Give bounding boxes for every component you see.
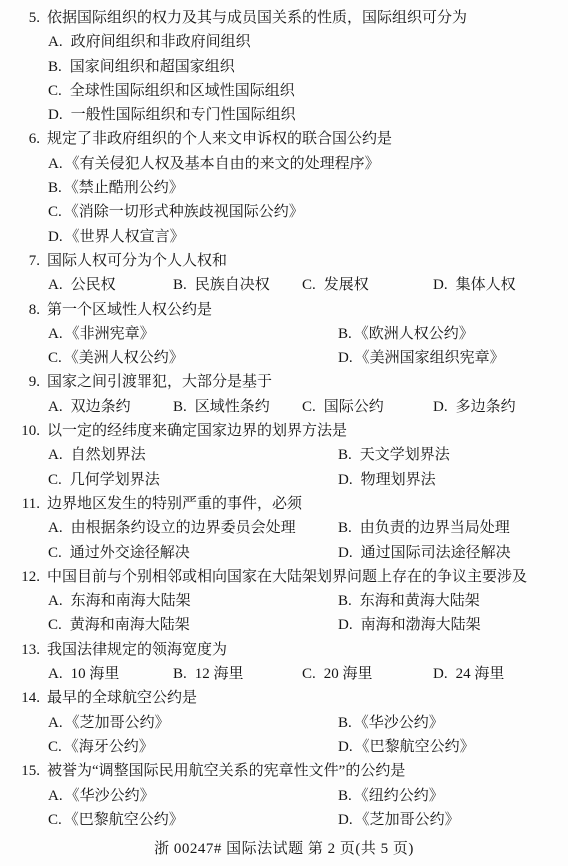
question-line: 14.最早的全球航空公约是 xyxy=(0,686,568,710)
question-block: 14.最早的全球航空公约是A.《芝加哥公约》B.《华沙公约》C.《海牙公约》D.… xyxy=(0,686,568,759)
option-label: B. xyxy=(338,322,352,346)
option-label: B. xyxy=(338,784,352,808)
question-block: 15.被誉为“调整国际民用航空关系的宪章性文件”的公约是A.《华沙公约》B.《纽… xyxy=(0,759,568,832)
option: B.《欧洲人权公约》 xyxy=(338,322,474,346)
option: C.20 海里 xyxy=(302,662,373,686)
option-text: 发展权 xyxy=(324,277,369,293)
option-row: A.公民权B.民族自决权C.发展权D.集体人权 xyxy=(0,273,568,297)
option: A.《有关侵犯人权及基本自由的来文的处理程序》 xyxy=(48,152,380,176)
option-label: C. xyxy=(48,735,62,759)
option-row: C.《美洲人权公约》D.《美洲国家组织宪章》 xyxy=(0,346,568,370)
option-label: A. xyxy=(48,322,63,346)
question-text: 规定了非政府组织的个人来文申诉权的联合国公约是 xyxy=(47,131,392,147)
option-label: B. xyxy=(338,711,352,735)
option-label: B. xyxy=(338,443,352,467)
option-label: D. xyxy=(338,735,353,759)
option-row: D.《世界人权宣言》 xyxy=(0,225,568,249)
question-number: 7. xyxy=(0,249,40,273)
option-label: D. xyxy=(433,395,448,419)
option-label: D. xyxy=(338,541,353,565)
option-label: D. xyxy=(48,103,63,127)
option-label: D. xyxy=(338,346,353,370)
option-label: D. xyxy=(48,225,63,249)
question-block: 13.我国法律规定的领海宽度为A.10 海里B.12 海里C.20 海里D.24… xyxy=(0,638,568,687)
option: A.《芝加哥公约》 xyxy=(48,711,170,735)
option-label: B. xyxy=(338,589,352,613)
question-text: 我国法律规定的领海宽度为 xyxy=(47,642,227,658)
option-text: 《巴黎航空公约》 xyxy=(355,739,475,755)
option-label: C. xyxy=(48,79,62,103)
option: D.《芝加哥公约》 xyxy=(338,808,460,832)
option-text: 《有关侵犯人权及基本自由的来文的处理程序》 xyxy=(65,156,380,172)
option-text: 《芝加哥公约》 xyxy=(65,715,170,731)
question-text: 依据国际组织的权力及其与成员国关系的性质，国际组织可分为 xyxy=(47,10,467,26)
option-row: A.《华沙公约》B.《纽约公约》 xyxy=(0,784,568,808)
option: D.集体人权 xyxy=(433,273,516,297)
option: A.自然划界法 xyxy=(48,443,146,467)
question-number: 11. xyxy=(0,492,40,516)
option: B.东海和黄海大陆架 xyxy=(338,589,480,613)
question-text: 边界地区发生的特别严重的事件，必须 xyxy=(47,496,302,512)
option-row: A.《芝加哥公约》B.《华沙公约》 xyxy=(0,711,568,735)
option-label: A. xyxy=(48,152,63,176)
option-label: A. xyxy=(48,589,63,613)
option-text: 全球性国际组织和区域性国际组织 xyxy=(70,83,295,99)
option-label: A. xyxy=(48,516,63,540)
option: C.黄海和南海大陆架 xyxy=(48,613,190,637)
option: C.发展权 xyxy=(302,273,369,297)
option-label: B. xyxy=(48,176,62,200)
option-label: C. xyxy=(48,541,62,565)
option: D.一般性国际组织和专门性国际组织 xyxy=(48,103,296,127)
question-line: 15.被誉为“调整国际民用航空关系的宪章性文件”的公约是 xyxy=(0,759,568,783)
option: C.国际公约 xyxy=(302,395,384,419)
option-label: D. xyxy=(433,662,448,686)
question-block: 9.国家之间引渡罪犯，大部分是基于A.双边条约B.区域性条约C.国际公约D.多边… xyxy=(0,370,568,419)
option-text: 《欧洲人权公约》 xyxy=(354,326,474,342)
option: B.民族自决权 xyxy=(173,273,270,297)
question-number: 10. xyxy=(0,419,40,443)
question-block: 7.国际人权可分为个人人权和A.公民权B.民族自决权C.发展权D.集体人权 xyxy=(0,249,568,298)
option: C.《消除一切形式种族歧视国际公约》 xyxy=(48,200,304,224)
option-label: A. xyxy=(48,711,63,735)
option-text: 自然划界法 xyxy=(71,447,146,463)
question-line: 6.规定了非政府组织的个人来文申诉权的联合国公约是 xyxy=(0,127,568,151)
option: B.区域性条约 xyxy=(173,395,270,419)
question-line: 12.中国目前与个别相邻或相向国家在大陆架划界问题上存在的争议主要涉及 xyxy=(0,565,568,589)
option-label: C. xyxy=(48,346,62,370)
question-text: 第一个区域性人权公约是 xyxy=(47,302,212,318)
option-text: 《禁止酷刑公约》 xyxy=(64,180,184,196)
option-row: D.一般性国际组织和专门性国际组织 xyxy=(0,103,568,127)
option-label: A. xyxy=(48,784,63,808)
option-row: C.几何学划界法D.物理划界法 xyxy=(0,468,568,492)
option: D.通过国际司法途径解决 xyxy=(338,541,511,565)
option: A.公民权 xyxy=(48,273,116,297)
option-row: B.国家间组织和超国家组织 xyxy=(0,55,568,79)
exam-page: 5.依据国际组织的权力及其与成员国关系的性质，国际组织可分为A.政府间组织和非政… xyxy=(0,0,568,866)
option-text: 由负责的边界当局处理 xyxy=(360,520,510,536)
option: C.《美洲人权公约》 xyxy=(48,346,184,370)
option-row: A.由根据条约设立的边界委员会处理B.由负责的边界当局处理 xyxy=(0,516,568,540)
question-text: 被誉为“调整国际民用航空关系的宪章性文件”的公约是 xyxy=(47,763,405,779)
option-label: B. xyxy=(173,273,187,297)
option: B.12 海里 xyxy=(173,662,244,686)
option-text: 《非洲宪章》 xyxy=(65,326,155,342)
option-label: A. xyxy=(48,273,63,297)
option: B.《纽约公约》 xyxy=(338,784,444,808)
option-label: A. xyxy=(48,30,63,54)
option: C.《巴黎航空公约》 xyxy=(48,808,184,832)
question-number: 12. xyxy=(0,565,40,589)
option: A.东海和南海大陆架 xyxy=(48,589,191,613)
option-row: A.东海和南海大陆架B.东海和黄海大陆架 xyxy=(0,589,568,613)
option-row: C.《海牙公约》D.《巴黎航空公约》 xyxy=(0,735,568,759)
option: A.《华沙公约》 xyxy=(48,784,155,808)
option-row: A.双边条约B.区域性条约C.国际公约D.多边条约 xyxy=(0,395,568,419)
option-text: 东海和南海大陆架 xyxy=(71,593,191,609)
question-block: 10.以一定的经纬度来确定国家边界的划界方法是A.自然划界法B.天文学划界法C.… xyxy=(0,419,568,492)
option-text: 黄海和南海大陆架 xyxy=(70,617,190,633)
option-label: C. xyxy=(302,395,316,419)
option: B.天文学划界法 xyxy=(338,443,450,467)
question-text: 国家之间引渡罪犯，大部分是基于 xyxy=(47,374,272,390)
option: A.政府间组织和非政府间组织 xyxy=(48,30,251,54)
option: B.由负责的边界当局处理 xyxy=(338,516,510,540)
question-number: 6. xyxy=(0,127,40,151)
question-line: 5.依据国际组织的权力及其与成员国关系的性质，国际组织可分为 xyxy=(0,6,568,30)
option-row: C.通过外交途径解决D.通过国际司法途径解决 xyxy=(0,541,568,565)
question-block: 11.边界地区发生的特别严重的事件，必须A.由根据条约设立的边界委员会处理B.由… xyxy=(0,492,568,565)
question-number: 9. xyxy=(0,370,40,394)
option-text: 几何学划界法 xyxy=(70,472,160,488)
option-text: 国际公约 xyxy=(324,399,384,415)
option-text: 24 海里 xyxy=(456,666,505,682)
question-line: 9.国家之间引渡罪犯，大部分是基于 xyxy=(0,370,568,394)
option-text: 《消除一切形式种族歧视国际公约》 xyxy=(64,204,304,220)
option-text: 双边条约 xyxy=(71,399,131,415)
option: C.全球性国际组织和区域性国际组织 xyxy=(48,79,295,103)
option-row: A.自然划界法B.天文学划界法 xyxy=(0,443,568,467)
option-label: A. xyxy=(48,395,63,419)
option-text: 《美洲人权公约》 xyxy=(64,350,184,366)
question-text: 中国目前与个别相邻或相向国家在大陆架划界问题上存在的争议主要涉及 xyxy=(47,569,527,585)
option: D.24 海里 xyxy=(433,662,504,686)
option-label: C. xyxy=(48,808,62,832)
option: D.《美洲国家组织宪章》 xyxy=(338,346,505,370)
option-row: B.《禁止酷刑公约》 xyxy=(0,176,568,200)
option-row: A.《有关侵犯人权及基本自由的来文的处理程序》 xyxy=(0,152,568,176)
option-text: 天文学划界法 xyxy=(360,447,450,463)
option-label: B. xyxy=(173,395,187,419)
question-line: 13.我国法律规定的领海宽度为 xyxy=(0,638,568,662)
option-text: 国家间组织和超国家组织 xyxy=(70,59,235,75)
option-text: 《巴黎航空公约》 xyxy=(64,812,184,828)
option: C.通过外交途径解决 xyxy=(48,541,190,565)
question-line: 8.第一个区域性人权公约是 xyxy=(0,298,568,322)
option-row: A.10 海里B.12 海里C.20 海里D.24 海里 xyxy=(0,662,568,686)
page-footer: 浙 00247# 国际法试题 第 2 页(共 5 页) xyxy=(0,837,568,861)
question-block: 5.依据国际组织的权力及其与成员国关系的性质，国际组织可分为A.政府间组织和非政… xyxy=(0,6,568,127)
option-text: 区域性条约 xyxy=(195,399,270,415)
question-text: 最早的全球航空公约是 xyxy=(47,690,197,706)
question-block: 6.规定了非政府组织的个人来文申诉权的联合国公约是A.《有关侵犯人权及基本自由的… xyxy=(0,127,568,248)
option-label: B. xyxy=(173,662,187,686)
question-number: 15. xyxy=(0,759,40,783)
option: D.南海和渤海大陆架 xyxy=(338,613,481,637)
option-text: 《海牙公约》 xyxy=(64,739,154,755)
option-label: C. xyxy=(48,468,62,492)
option-text: 多边条约 xyxy=(456,399,516,415)
option-text: 通过外交途径解决 xyxy=(70,545,190,561)
option-label: A. xyxy=(48,662,63,686)
option: B.《禁止酷刑公约》 xyxy=(48,176,184,200)
option-text: 10 海里 xyxy=(71,666,120,682)
option-text: 《世界人权宣言》 xyxy=(65,229,185,245)
question-number: 8. xyxy=(0,298,40,322)
question-block: 12.中国目前与个别相邻或相向国家在大陆架划界问题上存在的争议主要涉及A.东海和… xyxy=(0,565,568,638)
option-label: C. xyxy=(48,200,62,224)
option-text: 《美洲国家组织宪章》 xyxy=(355,350,505,366)
option: A.《非洲宪章》 xyxy=(48,322,155,346)
option-label: C. xyxy=(302,662,316,686)
option: A.双边条约 xyxy=(48,395,131,419)
question-list: 5.依据国际组织的权力及其与成员国关系的性质，国际组织可分为A.政府间组织和非政… xyxy=(0,6,568,832)
option: A.由根据条约设立的边界委员会处理 xyxy=(48,516,296,540)
option-row: C.黄海和南海大陆架D.南海和渤海大陆架 xyxy=(0,613,568,637)
option-label: C. xyxy=(302,273,316,297)
option-text: 东海和黄海大陆架 xyxy=(360,593,480,609)
option-label: C. xyxy=(48,613,62,637)
question-number: 14. xyxy=(0,686,40,710)
option-label: B. xyxy=(338,516,352,540)
option: C.几何学划界法 xyxy=(48,468,160,492)
question-block: 8.第一个区域性人权公约是A.《非洲宪章》B.《欧洲人权公约》C.《美洲人权公约… xyxy=(0,298,568,371)
option-label: D. xyxy=(338,468,353,492)
option: B.国家间组织和超国家组织 xyxy=(48,55,235,79)
option-text: 由根据条约设立的边界委员会处理 xyxy=(71,520,296,536)
question-line: 7.国际人权可分为个人人权和 xyxy=(0,249,568,273)
option-text: 一般性国际组织和专门性国际组织 xyxy=(71,107,296,123)
option-text: 通过国际司法途径解决 xyxy=(361,545,511,561)
option-text: 南海和渤海大陆架 xyxy=(361,617,481,633)
question-line: 10.以一定的经纬度来确定国家边界的划界方法是 xyxy=(0,419,568,443)
question-text: 以一定的经纬度来确定国家边界的划界方法是 xyxy=(47,423,347,439)
question-text: 国际人权可分为个人人权和 xyxy=(47,253,227,269)
option: B.《华沙公约》 xyxy=(338,711,444,735)
option-row: C.《巴黎航空公约》D.《芝加哥公约》 xyxy=(0,808,568,832)
option: D.《巴黎航空公约》 xyxy=(338,735,475,759)
option-text: 《华沙公约》 xyxy=(65,788,155,804)
option-label: A. xyxy=(48,443,63,467)
option-text: 12 海里 xyxy=(195,666,244,682)
option-text: 公民权 xyxy=(71,277,116,293)
option: D.多边条约 xyxy=(433,395,516,419)
option-text: 《华沙公约》 xyxy=(354,715,444,731)
option-text: 20 海里 xyxy=(324,666,373,682)
option-row: A.政府间组织和非政府间组织 xyxy=(0,30,568,54)
option: A.10 海里 xyxy=(48,662,119,686)
option-text: 物理划界法 xyxy=(361,472,436,488)
option-text: 集体人权 xyxy=(456,277,516,293)
option-label: B. xyxy=(48,55,62,79)
option-label: D. xyxy=(338,808,353,832)
question-line: 11.边界地区发生的特别严重的事件，必须 xyxy=(0,492,568,516)
option-text: 《纽约公约》 xyxy=(354,788,444,804)
question-number: 13. xyxy=(0,638,40,662)
option-text: 《芝加哥公约》 xyxy=(355,812,460,828)
option-text: 政府间组织和非政府间组织 xyxy=(71,34,251,50)
option-row: A.《非洲宪章》B.《欧洲人权公约》 xyxy=(0,322,568,346)
option: D.《世界人权宣言》 xyxy=(48,225,185,249)
option-row: C.《消除一切形式种族歧视国际公约》 xyxy=(0,200,568,224)
option: D.物理划界法 xyxy=(338,468,436,492)
option-label: D. xyxy=(433,273,448,297)
option-label: D. xyxy=(338,613,353,637)
question-number: 5. xyxy=(0,6,40,30)
option-text: 民族自决权 xyxy=(195,277,270,293)
option-row: C.全球性国际组织和区域性国际组织 xyxy=(0,79,568,103)
option: C.《海牙公约》 xyxy=(48,735,154,759)
